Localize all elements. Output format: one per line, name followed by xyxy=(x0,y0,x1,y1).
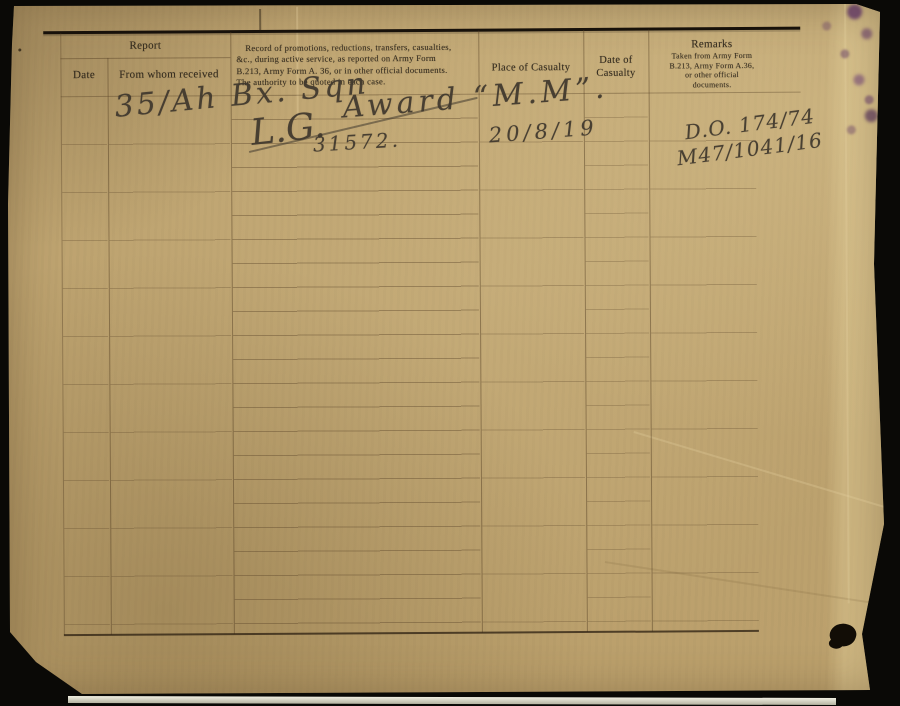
ink-speck xyxy=(18,48,21,51)
from-whom-received-column-header: From whom received xyxy=(107,68,230,81)
purple-ink-stain xyxy=(834,0,843,8)
paper-crease xyxy=(844,3,850,603)
casualty-form-table: Report Date From whom received Record of… xyxy=(0,0,900,706)
paper-sheet: Report Date From whom received Record of… xyxy=(8,4,886,696)
ruled-rows-date-of-casualty-column xyxy=(585,94,651,631)
remarks-column-note: Taken from Army Form B.213, Army Form A.… xyxy=(648,51,775,91)
underlying-page-edge xyxy=(68,696,836,705)
ruled-rows-from-whom-column xyxy=(109,96,233,634)
ruled-rows-record-column xyxy=(232,95,481,633)
stray-ink-mark xyxy=(259,9,261,31)
ruled-rows-remarks-column xyxy=(650,93,759,631)
report-header: Report xyxy=(60,39,230,52)
paper-tear-mark xyxy=(827,620,859,650)
ruled-rows-date-column xyxy=(62,97,110,634)
place-of-casualty-column-header: Place of Casualty xyxy=(478,62,583,74)
scan-background: { "colors": { "scan_background": "#0a090… xyxy=(0,0,900,706)
report-header-underline xyxy=(60,57,230,59)
remarks-column-header: Remarks xyxy=(648,38,775,51)
date-column-header: Date xyxy=(60,69,107,81)
table-top-border xyxy=(43,27,800,35)
ruled-rows-place-column xyxy=(480,94,586,632)
